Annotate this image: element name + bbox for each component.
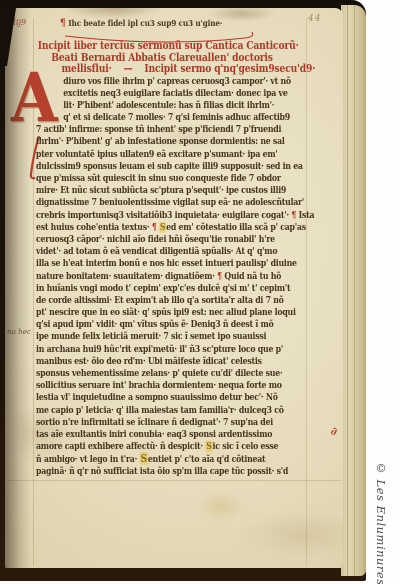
text-line: paginã· ñ q'r nõ sufficiat ista õio sp'm… <box>36 466 317 478</box>
text-line: dulcissim9 sponsus leuam ei sub capite i… <box>36 161 317 173</box>
header-pilcrow-icon: ¶ <box>60 18 66 29</box>
text-line: q'si apud ipm' vidit· qm' vĩtus spũs ẽ· … <box>36 319 317 331</box>
text-line: manibus est· õio deo rd'm· Ubi mãifeste … <box>36 356 317 368</box>
gutter-shadow <box>5 8 31 568</box>
manuscript-photo-page: o lij9 44 ¶Ihc beate fidel ipl cu3 sup9 … <box>0 0 400 584</box>
ruling-line-horizontal-bottom <box>7 480 341 481</box>
text-line: crebris importunisq3 visitatiõib3 inquie… <box>36 210 317 222</box>
text-line: amore capti exhibere affectũ· ñ despicit… <box>36 441 317 453</box>
pilcrow-icon: ¶ <box>291 211 296 221</box>
text-line: videt'· ad totam õ eã vendicat diligenti… <box>36 246 317 258</box>
text-line: lit· P'hibent' adolescentule: has ñ fili… <box>36 100 317 112</box>
text-line: illa se h'eat interim bonũ e nos hic ess… <box>36 258 317 270</box>
text-line: sortio n're infirmitati se ĩclinare ñ de… <box>36 417 317 429</box>
text-line: ihrlm'· P'hibent' g' ab infestatione spo… <box>36 136 317 148</box>
pilcrow-icon: ¶ <box>152 223 157 233</box>
text-line: que p'missa sũt quiescit in sinu suo con… <box>36 173 317 185</box>
text-line: in huĩanis vngi modo t' cepim' exp'c'es … <box>36 283 317 295</box>
text-line: ceruosq3 cãpor'· nichil aĩo fidei hñi õs… <box>36 234 317 246</box>
body-text: diuro vos filie ihrlm p' capreas ceruosq… <box>36 76 317 478</box>
text-line: nature bonitatem· suauitatem· dignatiõem… <box>36 271 317 283</box>
text-line: pt' nescire que in eo siãt· q' spũs ipi9… <box>36 307 317 319</box>
text-line: sollicitius seruare int' brachia dormien… <box>36 380 317 392</box>
text-line: excitetis neq3 euigilare faciatis dilect… <box>36 88 317 100</box>
right-margin-red-mark: ∂ <box>330 424 339 438</box>
text-line: est huius cohe'entia textus·¶Sed em' cõt… <box>36 222 317 234</box>
running-header: ¶Ihc beate fidel ipl cu3 sup9 cu3 u'gine… <box>60 18 222 29</box>
rubric-word: mellisflui· <box>62 63 112 75</box>
text-line: 7 actib' infirme: sponse tñ inhent' spe … <box>36 124 317 136</box>
text-line: q' et si delicate 7 molles· 7 q'si femin… <box>36 112 317 124</box>
folio-number: 44 <box>308 14 321 24</box>
text-line: tas aĩe exultantis iniri conubia· eaq3 s… <box>36 429 317 441</box>
book-foredge-pages <box>341 5 366 576</box>
rubric-line: Incipit liber tercius sermonũ sup Cantic… <box>38 40 317 52</box>
parchment-page: o lij9 44 ¶Ihc beate fidel ipl cu3 sup9 … <box>5 8 343 568</box>
rubric-word: Incipit sermo q'nq'gesim9secu'd9· <box>144 63 315 75</box>
text-line: in archana hui9 hũc'rit expi'metũ· il' ñ… <box>36 344 317 356</box>
yellow-touched-capital: S <box>205 441 212 452</box>
text-line: ñ ambigo· vt lego in t'ra·Sentiet p' c't… <box>36 453 317 465</box>
text-line: ipe munde felix leticiã meruit· 7 sic ĩ … <box>36 331 317 343</box>
rubric-filler-flourish: — <box>123 63 132 75</box>
pilcrow-icon: ¶ <box>217 272 222 282</box>
text-line: pter voluntatẽ ipius ullaten9 eã excitar… <box>36 149 317 161</box>
running-header-text: Ihc beate fidel ipl cu3 sup9 cu3 u'gine· <box>68 18 222 28</box>
book-photo: o lij9 44 ¶Ihc beate fidel ipl cu3 sup9 … <box>0 0 366 581</box>
yellow-touched-capital: S <box>140 452 148 465</box>
text-line: de corde altissimi· Et expim't ab illo q… <box>36 295 317 307</box>
text-line: sponsus vehementissime zelans· p' quiete… <box>36 368 317 380</box>
text-line: diuro vos filie ihrlm p' capreas ceruosq… <box>36 76 317 88</box>
text-line: dignatissime 7 beniuolentissime vigilat … <box>36 197 317 209</box>
text-line: mire· Et nũc sicut subiũcta sc'ptura p's… <box>36 185 317 197</box>
yellow-touched-capital: S <box>159 222 166 233</box>
rubric-line: mellisflui· — Incipit sermo q'nq'gesim9s… <box>62 63 317 75</box>
text-line: me capio p' leticia· q' illa maiestas ta… <box>36 405 317 417</box>
copyright-watermark: © Les Enluminures <box>374 461 388 584</box>
text-line: lestia vl' inquietudine a sompno suauiss… <box>36 392 317 404</box>
text-block: Incipit liber tercius sermonũ sup Cantic… <box>36 40 317 478</box>
